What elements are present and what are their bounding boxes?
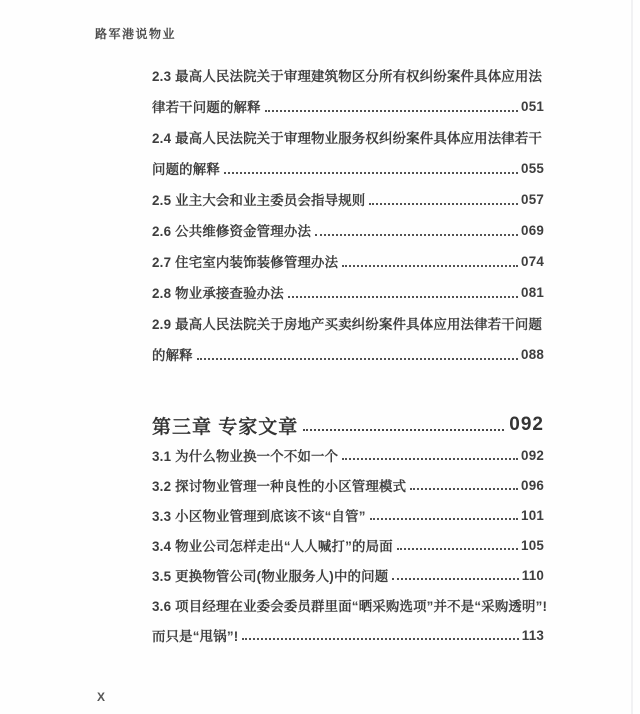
toc-entry-text: 问题的解释 <box>152 159 220 178</box>
dot-leader <box>224 172 518 174</box>
toc-line: 2.6 公共维修资金管理办法069 <box>152 215 544 246</box>
toc-line: 3.6 项目经理在业委会委员群里面“晒采购选项”并不是“采购透明”! <box>152 590 544 620</box>
toc-page-number: 105 <box>521 538 544 553</box>
dot-leader <box>392 578 518 580</box>
toc-entry: 3.4 物业公司怎样走出“人人喊打”的局面105 <box>152 530 544 560</box>
toc-page-number: 074 <box>521 254 544 269</box>
toc-page-number: 092 <box>509 414 544 436</box>
toc-line: 2.8 物业承接查验办法081 <box>152 277 544 308</box>
toc-line: 3.4 物业公司怎样走出“人人喊打”的局面105 <box>152 530 544 560</box>
toc-page-number: 092 <box>521 448 544 463</box>
toc-page-number: 055 <box>521 161 544 176</box>
dot-leader <box>288 296 518 298</box>
toc-line: 2.9 最高人民法院关于房地产买卖纠纷案件具体应用法律若干问题 <box>152 308 544 339</box>
chapter3-toc-list: 第三章 专家文章0923.1 为什么物业换一个不如一个0923.2 探讨物业管理… <box>152 410 544 650</box>
dot-leader <box>410 488 518 490</box>
toc-entry: 2.5 业主大会和业主委员会指导规则057 <box>152 184 544 215</box>
toc-entry-text: 2.6 公共维修资金管理办法 <box>152 221 311 240</box>
toc-entry-text: 3.2 探讨物业管理一种良性的小区管理模式 <box>152 476 406 495</box>
toc-entry-text: 2.4 最高人民法院关于审理物业服务权纠纷案件具体应用法律若干 <box>152 128 542 147</box>
dot-leader <box>342 265 518 267</box>
dot-leader <box>242 638 518 640</box>
toc-line: 而只是“甩锅”!113 <box>152 620 544 650</box>
toc-page-number: 101 <box>521 508 544 523</box>
toc-entry-text: 2.9 最高人民法院关于房地产买卖纠纷案件具体应用法律若干问题 <box>152 314 542 333</box>
page-right-edge-line <box>631 0 633 714</box>
toc-entry-text: 律若干问题的解释 <box>152 97 261 116</box>
dot-leader <box>370 518 518 520</box>
toc-entry-text: 3.4 物业公司怎样走出“人人喊打”的局面 <box>152 536 393 555</box>
chapter-title: 第三章 专家文章 <box>152 412 298 439</box>
toc-entry: 3.3 小区物业管理到底该不该“自管”101 <box>152 500 544 530</box>
dot-leader <box>303 429 504 431</box>
toc-line: 2.7 住宅室内装饰装修管理办法074 <box>152 246 544 277</box>
chapter-heading-line: 第三章 专家文章092 <box>152 410 544 440</box>
toc-entry: 3.6 项目经理在业委会委员群里面“晒采购选项”并不是“采购透明”!而只是“甩锅… <box>152 590 544 650</box>
toc-entry: 2.9 最高人民法院关于房地产买卖纠纷案件具体应用法律若干问题的解释088 <box>152 308 544 370</box>
toc-entry-text: 2.8 物业承接查验办法 <box>152 283 284 302</box>
toc-line: 的解释088 <box>152 339 544 370</box>
toc-entry-text: 3.5 更换物管公司(物业服务人)中的问题 <box>152 566 388 585</box>
toc-entry-text: 2.7 住宅室内装饰装修管理办法 <box>152 252 338 271</box>
toc-entry: 3.1 为什么物业换一个不如一个092 <box>152 440 544 470</box>
dot-leader <box>315 234 518 236</box>
toc-line: 律若干问题的解释051 <box>152 91 544 122</box>
dot-leader <box>342 458 518 460</box>
toc-page-number: 069 <box>521 223 544 238</box>
toc-line: 3.2 探讨物业管理一种良性的小区管理模式096 <box>152 470 544 500</box>
toc-page-number: 110 <box>522 568 544 583</box>
toc-page-number: 081 <box>521 285 544 300</box>
toc-entry-text: 而只是“甩锅”! <box>152 626 238 645</box>
toc-line: 3.1 为什么物业换一个不如一个092 <box>152 440 544 470</box>
chapter2-toc-list: 2.3 最高人民法院关于审理建筑物区分所有权纠纷案件具体应用法律若干问题的解释0… <box>152 60 544 370</box>
toc-line: 2.3 最高人民法院关于审理建筑物区分所有权纠纷案件具体应用法 <box>152 60 544 91</box>
toc-entry-text: 2.3 最高人民法院关于审理建筑物区分所有权纠纷案件具体应用法 <box>152 66 542 85</box>
toc-entry-text: 2.5 业主大会和业主委员会指导规则 <box>152 190 365 209</box>
toc-page-number: 088 <box>521 347 544 362</box>
toc-line: 3.3 小区物业管理到底该不该“自管”101 <box>152 500 544 530</box>
page-number: X <box>97 690 105 704</box>
toc-line: 3.5 更换物管公司(物业服务人)中的问题110 <box>152 560 544 590</box>
dot-leader <box>265 110 518 112</box>
toc-page-number: 096 <box>521 478 544 493</box>
dot-leader <box>369 203 518 205</box>
toc-entry-text: 3.1 为什么物业换一个不如一个 <box>152 446 338 465</box>
toc-line: 问题的解释055 <box>152 153 544 184</box>
toc-page-number: 057 <box>521 192 544 207</box>
toc-line: 2.4 最高人民法院关于审理物业服务权纠纷案件具体应用法律若干 <box>152 122 544 153</box>
toc-entry-text: 3.3 小区物业管理到底该不该“自管” <box>152 506 366 525</box>
toc-entry: 3.5 更换物管公司(物业服务人)中的问题110 <box>152 560 544 590</box>
toc-entry: 2.4 最高人民法院关于审理物业服务权纠纷案件具体应用法律若干问题的解释055 <box>152 122 544 184</box>
toc-page-number: 113 <box>522 628 544 643</box>
page-number-footer: X <box>97 690 105 704</box>
toc-entry: 2.8 物业承接查验办法081 <box>152 277 544 308</box>
book-title: 路军港说物业 <box>95 27 176 41</box>
toc-entry-text: 3.6 项目经理在业委会委员群里面“晒采购选项”并不是“采购透明”! <box>152 596 547 615</box>
toc-entry: 2.7 住宅室内装饰装修管理办法074 <box>152 246 544 277</box>
dot-leader <box>197 358 518 360</box>
toc-entry: 2.6 公共维修资金管理办法069 <box>152 215 544 246</box>
book-page: 路军港说物业 2.3 最高人民法院关于审理建筑物区分所有权纠纷案件具体应用法律若… <box>0 0 640 714</box>
toc-entry: 3.2 探讨物业管理一种良性的小区管理模式096 <box>152 470 544 500</box>
dot-leader <box>397 548 518 550</box>
toc-line: 2.5 业主大会和业主委员会指导规则057 <box>152 184 544 215</box>
toc-page-number: 051 <box>521 99 544 114</box>
toc-entry-text: 的解释 <box>152 345 193 364</box>
running-header: 路军港说物业 <box>95 25 176 42</box>
toc-entry: 2.3 最高人民法院关于审理建筑物区分所有权纠纷案件具体应用法律若干问题的解释0… <box>152 60 544 122</box>
